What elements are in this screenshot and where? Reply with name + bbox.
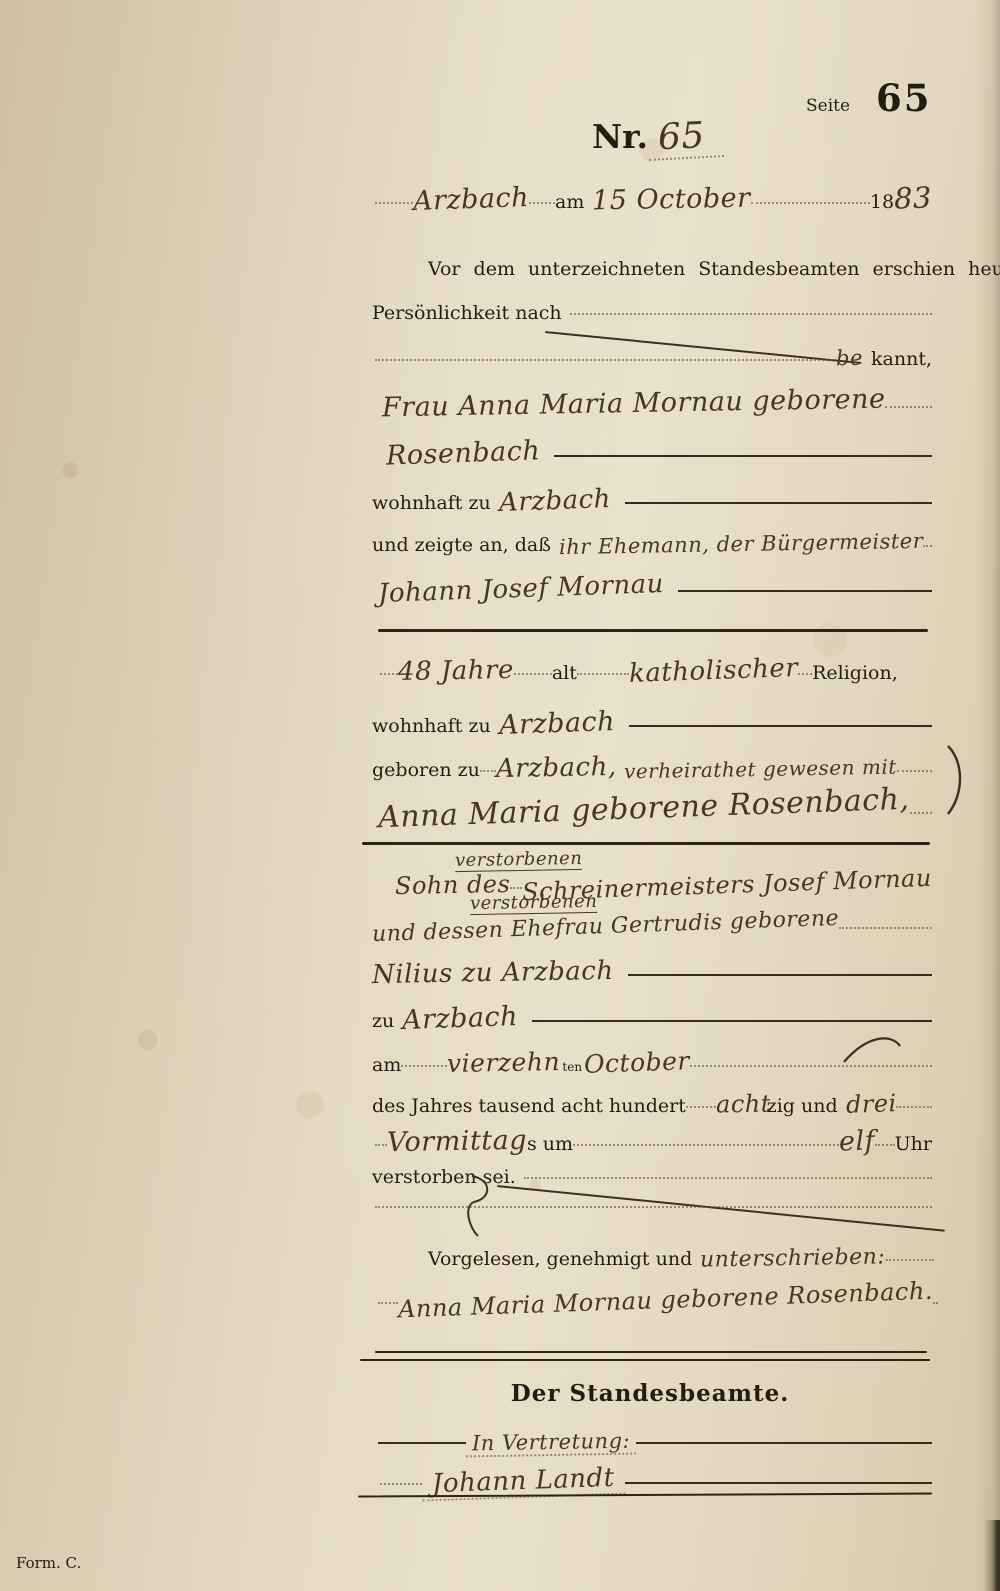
dotted-line — [577, 673, 629, 675]
intro-line-2: Persönlichkeit nach — [372, 302, 932, 324]
ink-line — [532, 1020, 932, 1022]
insertion-verstorbenen-1: verstorbenen — [455, 848, 583, 872]
nr-label: Nr. — [592, 117, 648, 156]
year-handwritten: 83 — [894, 180, 933, 215]
parents-line-3: Nilius zu Arzbach — [372, 958, 932, 988]
notice-label: und zeigte an, daß — [372, 534, 551, 556]
year-mid-printed: zig und — [767, 1095, 838, 1117]
dotted-line — [380, 673, 398, 675]
dotted-line — [910, 812, 933, 814]
year-ones-handwritten: drei — [845, 1089, 897, 1119]
registrar-heading: Der Standesbeamte. — [511, 1380, 789, 1407]
ink-line — [678, 590, 932, 592]
dotted-line — [897, 770, 932, 772]
dotted-line — [529, 202, 555, 204]
intro-text-1: Vor dem unterzeichneten Standesbeamten e… — [428, 258, 1000, 280]
closing-line: Vorgelesen, genehmigt und unterschrieben… — [428, 1246, 934, 1271]
dotted-line — [375, 1144, 387, 1146]
year-tens-handwritten: acht — [716, 1090, 771, 1119]
dotted-line — [570, 313, 932, 315]
dotted-line — [375, 202, 413, 204]
seite-label: Seite — [806, 96, 850, 116]
notice-value-handwritten: ihr Ehemann, der Bürgermeister — [559, 529, 924, 559]
section-divider — [375, 1351, 927, 1353]
am2-label: am — [372, 1054, 401, 1076]
form-code-line: Form. C. — [16, 1554, 81, 1572]
dotted-line — [885, 406, 932, 408]
intro-line-1: Vor dem unterzeichneten Standesbeamten e… — [428, 258, 933, 280]
death-place-line: zu Arzbach — [372, 1003, 932, 1034]
dotted-line — [514, 673, 552, 675]
pen-flourish — [842, 1032, 902, 1066]
residence-line: wohnhaft zu Arzbach — [372, 486, 932, 516]
ink-line — [554, 455, 932, 457]
death-time-line: Vormittag s um elf Uhr — [375, 1126, 932, 1157]
declarant-line-2: Rosenbach — [386, 438, 932, 469]
bekannt-handwritten: be — [836, 346, 863, 370]
residence2-line: wohnhaft zu Arzbach — [372, 708, 932, 739]
religion-label: Religion, — [812, 662, 898, 684]
parents-line-2: und dessen Ehefrau Gertrudis geborene — [372, 914, 932, 939]
nr-value-handwritten: 65 — [647, 114, 724, 161]
page-number-header: Seite 65 — [806, 76, 932, 120]
residence-value-handwritten: Arzbach — [498, 484, 611, 518]
empty-ruled-line — [375, 1210, 932, 1222]
declarant-line-1: Frau Anna Maria Mornau geborene — [382, 388, 932, 419]
representation-line: In Vertretung: — [378, 1430, 932, 1456]
born-label: geboren zu — [372, 759, 480, 781]
dotted-line — [380, 1483, 422, 1485]
hour-handwritten: elf — [838, 1125, 875, 1157]
s-um-printed: s um — [527, 1133, 573, 1155]
declarant-signature-line: Anna Maria Mornau geborene Rosenbach. — [378, 1286, 936, 1314]
form-code: Form. C. — [16, 1554, 81, 1572]
pen-squiggle — [462, 1172, 496, 1238]
alt-label: alt — [552, 662, 577, 684]
dotted-line — [378, 1302, 398, 1304]
dotted-line — [375, 359, 836, 361]
dotted-line — [480, 770, 496, 772]
died-line: verstorben sei. — [372, 1166, 932, 1188]
zu-label: zu — [372, 1010, 394, 1032]
residence2-label: wohnhaft zu — [372, 715, 491, 737]
section-divider — [360, 1359, 930, 1361]
birthplace-line: geboren zu Arzbach, verheirathet gewesen… — [372, 753, 932, 783]
date-handwritten: 15 October — [592, 183, 751, 217]
ink-line — [625, 1482, 932, 1484]
age-value-handwritten: 48 Jahre — [398, 655, 514, 687]
dotted-line — [686, 1106, 716, 1108]
religion-value-handwritten: katholischer — [628, 653, 798, 689]
spouse-line: Anna Maria geborene Rosenbach, — [378, 791, 932, 826]
dotted-line — [933, 1302, 936, 1304]
declarant-signature-handwritten: Anna Maria Mornau geborene Rosenbach. — [398, 1277, 934, 1324]
deceased-name-handwritten: Johann Josef Mornau — [378, 569, 665, 609]
registrar-heading-line: Der Standesbeamte. — [495, 1380, 805, 1407]
year-printed: 18 — [870, 191, 894, 213]
dotted-line — [798, 673, 812, 675]
dotted-line — [524, 1177, 932, 1179]
mother-line-handwritten: und dessen Ehefrau Gertrudis geborene — [372, 906, 840, 947]
section-divider — [378, 629, 928, 632]
dotted-line — [375, 1206, 932, 1208]
residence2-value-handwritten: Arzbach — [498, 706, 615, 741]
dotted-line — [751, 202, 870, 204]
death-day-handwritten: vierzehn — [447, 1047, 561, 1078]
declarant-name-handwritten: Frau Anna Maria Mornau geborene — [382, 384, 886, 424]
ink-line — [625, 502, 932, 504]
page-edge-shadow — [984, 1520, 1000, 1591]
ink-line — [378, 1442, 466, 1444]
section-divider — [362, 842, 930, 845]
notice-line: und zeigte an, daß ihr Ehemann, der Bürg… — [372, 532, 932, 556]
dotted-line — [875, 1144, 895, 1146]
dotted-line — [886, 1259, 935, 1261]
dotted-line — [896, 1106, 932, 1108]
year-line-printed: des Jahres tausend acht hundert — [372, 1095, 686, 1117]
ink-line — [636, 1442, 932, 1444]
ink-line — [629, 725, 932, 727]
spouse-name-handwritten: Anna Maria geborene Rosenbach, — [378, 782, 910, 836]
deceased-name-line: Johann Josef Mornau — [378, 574, 932, 604]
born-place-handwritten: Arzbach, — [496, 752, 617, 784]
dotted-line — [401, 1065, 447, 1067]
dotted-line — [573, 1144, 838, 1146]
intro-text-2: Persönlichkeit nach — [372, 302, 562, 324]
death-month-handwritten: October — [584, 1046, 691, 1079]
ink-line — [628, 974, 932, 976]
bekannt-line: be kannt, — [375, 346, 932, 370]
closing-printed: Vorgelesen, genehmigt und — [428, 1248, 692, 1270]
death-year-line: des Jahres tausend acht hundert acht zig… — [372, 1090, 932, 1118]
representation-handwritten: In Vertretung: — [466, 1429, 637, 1458]
insertion-verstorbenen-2: verstorbenen — [470, 891, 598, 915]
place-date-line: Arzbach am 15 October 18 83 — [375, 181, 932, 215]
declarant-birthname-handwritten: Rosenbach — [386, 435, 541, 471]
dotted-line — [510, 887, 522, 889]
death-place-handwritten: Arzbach — [402, 1001, 519, 1036]
place-handwritten: Arzbach — [412, 182, 529, 217]
ink-strike-line — [497, 1185, 945, 1232]
born-rest-handwritten: verheirathet gewesen mit — [624, 755, 897, 784]
dotted-line — [839, 927, 932, 929]
bekannt-printed: kannt, — [871, 348, 932, 370]
record-number-line: Nr. 65 — [592, 116, 723, 159]
mother-birthname-handwritten: Nilius zu Arzbach — [372, 956, 614, 990]
uhr-label: Uhr — [895, 1133, 932, 1155]
death-register-page: Seite 65 Nr. 65 Arzbach am 15 October 18… — [0, 0, 1000, 1591]
page-number: 65 — [876, 76, 932, 120]
am-label: am — [555, 191, 584, 213]
pen-flourish — [944, 744, 966, 816]
closing-handwritten: unterschrieben: — [700, 1244, 886, 1272]
age-religion-line: 48 Jahre alt katholischer Religion, — [380, 656, 930, 686]
residence-label: wohnhaft zu — [372, 492, 491, 514]
time-of-day-handwritten: Vormittag — [387, 1125, 528, 1158]
dotted-line — [923, 545, 932, 547]
ten-suffix-printed: ten — [562, 1060, 582, 1074]
